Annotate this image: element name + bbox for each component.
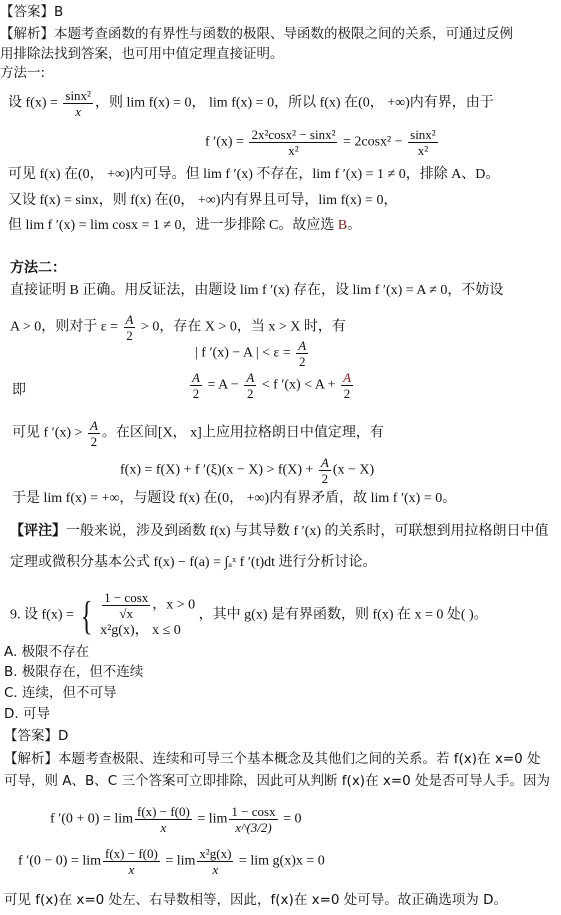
text: f ′(0 − 0) = lim — [18, 854, 101, 869]
question-number: 9. — [10, 608, 21, 623]
fraction: f(x) − f(0)x — [103, 846, 160, 877]
option-b: B. 极限存在，但不连续 — [4, 663, 143, 681]
numerator: A — [319, 455, 331, 471]
denominator: 2 — [341, 386, 353, 401]
text: 。 — [347, 218, 361, 233]
method2-title: 方法二： — [10, 260, 66, 278]
text: 。在区间[X， x]上应用拉格朗日中值定理，有 — [102, 426, 384, 441]
fraction: A2 — [319, 455, 331, 486]
text: ，则 lim f(x) = 0， — [95, 96, 206, 111]
comment-label: 【评注】 — [10, 524, 66, 539]
text: lim f(x) = 0，所以 f(x) 在(0， +∞)内有界，由于 — [206, 96, 494, 111]
fraction: x²g(x)x — [197, 846, 233, 877]
q8-analysis-line1: 【解析】本题考查函数的有界性与函数的极限、导函数的极限之间的关系，可通过反例 — [0, 25, 513, 43]
m2-eq1: | f ′(x) − A | < ε = A2 — [195, 338, 310, 369]
denominator: √x — [102, 606, 150, 621]
denominator: 2 — [88, 434, 100, 449]
analysis-label: 【解析】 — [4, 751, 58, 767]
answer-highlight: B — [338, 218, 347, 233]
fraction: A2 — [244, 370, 256, 401]
fraction: A2 — [124, 312, 136, 343]
numerator: x²g(x) — [197, 846, 233, 862]
piecewise-cases: 1 − cosx√x，x > 0 x²g(x)， x ≤ 0 — [100, 590, 195, 641]
text: f(x) = f(X) + f ′(ξ)(x − X) > f(X) + — [120, 463, 317, 478]
text: | f ′(x) − A | < ε = — [195, 346, 294, 361]
fraction: A2 — [296, 338, 308, 369]
option-a: A. 极限不存在 — [4, 643, 89, 661]
q9-conclusion: 可见 f(x)在 x=0 处左、右导数相等，因此，f(x)在 x=0 处可导。故… — [4, 891, 507, 909]
denominator: 2 — [244, 386, 256, 401]
m2-line3: 可见 f ′(x) > A2。在区间[X， x]上应用拉格朗日中值定理，有 — [12, 418, 384, 449]
q9-answer-line: 【答案】D — [4, 727, 68, 745]
numerator: A — [341, 370, 353, 386]
comment-line1: 【评注】一般来说，涉及到函数 f(x) 与其导数 f ′(x) 的关系时，可联想… — [10, 523, 549, 541]
text: > 0，存在 X > 0，当 x > X 时，有 — [137, 320, 345, 335]
m1-line2: 可见 f(x) 在(0， +∞)内可导。但 lim f ′(x) 不存在，lim… — [8, 166, 499, 184]
text: ，其中 g(x) 是有界函数，则 f(x) 在 x = 0 处( )。 — [199, 608, 488, 623]
m2-line4: 于是 lim f(x) = +∞，与题设 f(x) 在(0， +∞)内有界矛盾，… — [12, 490, 456, 508]
denominator: x — [103, 862, 160, 877]
case-1: 1 − cosx√x，x > 0 — [100, 590, 195, 621]
fraction: sinx²x² — [408, 127, 438, 158]
answer-label: 【答案】 — [0, 4, 54, 20]
case-2: x²g(x)， x ≤ 0 — [100, 621, 195, 641]
denominator: x² — [249, 143, 337, 158]
q8-answer-line: 【答案】B — [0, 3, 63, 21]
fraction: A2 — [190, 370, 202, 401]
q9-stem: 9. 设 f(x) = { 1 − cosx√x，x > 0 x²g(x)， x… — [10, 590, 488, 641]
fraction: 1 − cosxx^(3/2) — [229, 804, 277, 835]
text: 设 f(x) = — [8, 96, 61, 111]
m2-eq2: A2 = A − A2 < f ′(x) < A + A2 — [188, 370, 355, 401]
text: = lim g(x)x = 0 — [235, 854, 324, 869]
denominator: 2 — [319, 471, 331, 486]
numerator: A — [190, 370, 202, 386]
numerator: sinx² — [408, 127, 438, 143]
answer-value: D — [58, 728, 68, 744]
m2-ji: 即 — [12, 382, 26, 400]
m2-line1: 直接证明 B 正确。用反证法，由题设 lim f ′(x) 存在，设 lim f… — [10, 282, 503, 300]
option-c: C. 连续，但不可导 — [4, 684, 117, 702]
text: f ′(0 + 0) = lim — [50, 812, 133, 827]
analysis-text: 本题考查函数的有界性与函数的极限、导函数的极限之间的关系，可通过反例 — [54, 26, 513, 42]
m1-line1: 设 f(x) = sinx²x，则 lim f(x) = 0， lim f(x)… — [8, 88, 494, 119]
m2-eq3: f(x) = f(X) + f ′(ξ)(x − X) > f(X) + A2(… — [120, 455, 374, 486]
numerator: A — [296, 338, 308, 354]
text: = A − — [204, 378, 242, 393]
numerator: f(x) − f(0) — [135, 804, 192, 820]
text: (x − X) — [333, 463, 374, 478]
m1-line4: 但 lim f ′(x) = lim cosx = 1 ≠ 0，进一步排除 C。… — [8, 217, 361, 235]
numerator: sinx² — [63, 88, 93, 104]
text: = lim — [194, 812, 228, 827]
text: A > 0，则对于 ε = — [10, 320, 122, 335]
numerator: A — [124, 312, 136, 328]
denominator: x² — [408, 143, 438, 158]
text: = 0 — [280, 812, 302, 827]
option-d: D. 可导 — [4, 705, 50, 723]
denominator: 2 — [124, 328, 136, 343]
denominator: x — [135, 820, 192, 835]
text: < f ′(x) < A + — [258, 378, 339, 393]
denominator: 2 — [296, 354, 308, 369]
m1-line3: 又设 f(x) = sinx，则 f(x) 在(0， +∞)内有界且可导，lim… — [8, 192, 397, 210]
analysis-text: 本题考查极限、连续和可导三个基本概念及其他们之间的关系。若 f(x)在 x=0 … — [58, 751, 541, 767]
numerator: 1 − cosx — [102, 590, 150, 606]
text: = lim — [162, 854, 196, 869]
method1-title: 方法一: — [0, 64, 45, 82]
denominator: x^(3/2) — [229, 820, 277, 835]
fraction: sinx²x — [63, 88, 93, 119]
answer-label: 【答案】 — [4, 728, 58, 744]
text: f ′(x) = — [205, 135, 247, 150]
condition: ，x > 0 — [152, 598, 195, 613]
q9-analysis-line1: 【解析】本题考查极限、连续和可导三个基本概念及其他们之间的关系。若 f(x)在 … — [4, 750, 541, 768]
text: 设 f(x) = — [24, 608, 77, 623]
fraction: 2x²cosx² − sinx²x² — [249, 127, 337, 158]
analysis-label: 【解析】 — [0, 26, 54, 42]
fraction: f(x) − f(0)x — [135, 804, 192, 835]
numerator: f(x) − f(0) — [103, 846, 160, 862]
q8-analysis-line2: 用排除法找到答案，也可用中值定理直接证明。 — [0, 45, 284, 63]
fraction: 1 − cosx√x — [102, 590, 150, 621]
fraction: A2 — [341, 370, 353, 401]
left-brace: { — [81, 596, 93, 636]
text: 可见 f ′(x) > — [12, 426, 86, 441]
denominator: x — [63, 104, 93, 119]
q9-eq2: f ′(0 − 0) = limf(x) − f(0)x = limx²g(x)… — [18, 846, 325, 877]
numerator: 2x²cosx² − sinx² — [249, 127, 337, 143]
denominator: 2 — [190, 386, 202, 401]
denominator: x — [197, 862, 233, 877]
m1-derivative-eq: f ′(x) = 2x²cosx² − sinx²x² = 2cosx² − s… — [205, 127, 440, 158]
numerator: A — [88, 418, 100, 434]
q9-eq1: f ′(0 + 0) = limf(x) − f(0)x = lim1 − co… — [50, 804, 301, 835]
comment-text: 一般来说，涉及到函数 f(x) 与其导数 f ′(x) 的关系时，可联想到用拉格… — [66, 524, 549, 539]
answer-value: B — [54, 4, 63, 20]
numerator: A — [244, 370, 256, 386]
text: = 2cosx² − — [339, 135, 406, 150]
numerator: 1 − cosx — [229, 804, 277, 820]
q9-analysis-line2: 可导，则 A、B、C 三个答案可立即排除，因此可从判断 f(x)在 x=0 处是… — [4, 772, 550, 790]
fraction: A2 — [88, 418, 100, 449]
text: 但 lim f ′(x) = lim cosx = 1 ≠ 0，进一步排除 C。… — [8, 218, 338, 233]
comment-line2: 定理或微积分基本公式 f(x) − f(a) = ∫ₐˣ f ′(t)dt 进行… — [10, 554, 377, 572]
